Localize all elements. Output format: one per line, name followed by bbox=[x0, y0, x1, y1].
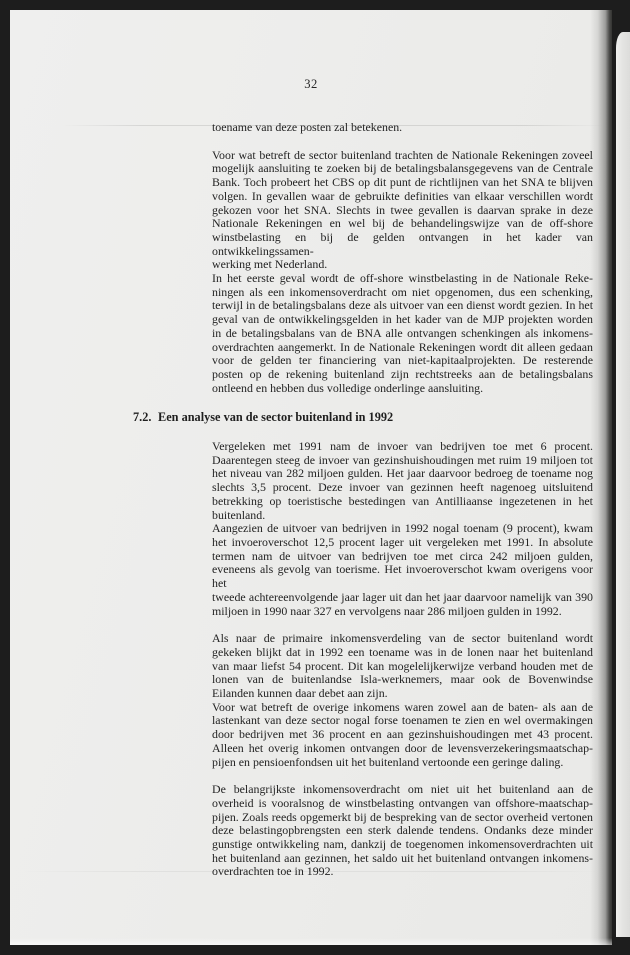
text-line: het niveau van 282 miljoen gulden. Het j… bbox=[212, 467, 593, 481]
text-line: tweede achtereenvolgende jaar lager uit … bbox=[212, 591, 593, 605]
text-line: het buitenland aan gezinnen, het saldo u… bbox=[212, 852, 593, 866]
text-line: overheid is vooralsnog de winstbelasting… bbox=[212, 797, 593, 811]
text-line: ningen als een inkomensoverdracht om nie… bbox=[212, 286, 593, 300]
text-line: van maar liefst 54 procent. Dit kan moge… bbox=[212, 660, 593, 674]
page-number: 32 bbox=[10, 77, 612, 92]
text-line: pijen. Zoals reeds opgemerkt bij de besp… bbox=[212, 811, 593, 825]
text-line: voor de gelden ter financiering van niet… bbox=[212, 354, 593, 368]
text-line: ontleend en hebben dus volledige onderli… bbox=[212, 382, 593, 396]
text-line: Eilanden kunnen daar debet aan zijn. bbox=[212, 687, 593, 701]
scanner-background: 32 toename van deze posten zal betekenen… bbox=[0, 0, 630, 955]
text-line: posten op de rekening buitenland zijn re… bbox=[212, 368, 593, 382]
paragraph: Voor wat betreft de overige inkomens war… bbox=[212, 701, 593, 770]
section-heading: 7.2.Een analyse van de sector buitenland… bbox=[133, 411, 593, 425]
text-line: in de betalingsbalans van de BNA alle on… bbox=[212, 327, 593, 341]
text-line: overdrachten aangemerkt. In de Nationale… bbox=[212, 341, 593, 355]
text-line: Daarentegen steeg de invoer van gezinshu… bbox=[212, 454, 593, 468]
text-line: werking met Nederland. bbox=[212, 258, 593, 272]
text-line: termen nam de uitvoer van bedrijven toe … bbox=[212, 550, 593, 564]
text-line: lonen van de buitenlandse Isla-werknemer… bbox=[212, 673, 593, 687]
text-line: Als naar de primaire inkomensverdeling v… bbox=[212, 632, 593, 646]
text-line: Aangezien de uitvoer van bedrijven in 19… bbox=[212, 522, 593, 536]
paragraph: De belangrijkste inkomensoverdracht om n… bbox=[212, 783, 593, 879]
text-line: terwijl in de betalingsbalans deze als u… bbox=[212, 299, 593, 313]
text-line: buitenland. bbox=[212, 509, 593, 523]
paragraph: Voor wat betreft de sector buitenland tr… bbox=[212, 149, 593, 272]
text-line: eveneens als gevolg van toerisme. Het in… bbox=[212, 563, 593, 590]
section-number: 7.2. bbox=[133, 411, 158, 425]
paragraph: toename van deze posten zal betekenen. bbox=[212, 121, 593, 135]
text-line: Alleen het overig inkomen ontvangen door… bbox=[212, 742, 593, 756]
page-bottom-edge-highlight bbox=[10, 938, 612, 945]
text-line: geval van de ontwikkelingsgelden in het … bbox=[212, 313, 593, 327]
text-line: gunstige ontwikkeling nam, dankzij de to… bbox=[212, 838, 593, 852]
paragraph: Als naar de primaire inkomensverdeling v… bbox=[212, 632, 593, 701]
text-line: toename van deze posten zal betekenen. bbox=[212, 121, 593, 135]
scanned-document-screenshot: { "colors": { "paper": "#ececea", "ink":… bbox=[0, 0, 630, 955]
text-line: Vergeleken met 1991 nam de invoer van be… bbox=[212, 440, 593, 454]
text-line: Bank. Toch probeert het CBS op dit punt … bbox=[212, 176, 593, 190]
text-line: betrekking op toeristische bestedingen v… bbox=[212, 495, 593, 509]
text-line: mogelijk aansluiting te zoeken bij de be… bbox=[212, 162, 593, 176]
book-spine-shadow bbox=[590, 10, 612, 945]
text-line: In het eerste geval wordt de off-shore w… bbox=[212, 272, 593, 286]
text-line: Voor wat betreft de sector buitenland tr… bbox=[212, 149, 593, 163]
text-line: deze belastingopbrengsten een sterk dale… bbox=[212, 824, 593, 838]
text-line: het invoeroverschot 12,5 procent lager u… bbox=[212, 536, 593, 550]
text-line: pijen en pensioenfondsen uit het buitenl… bbox=[212, 756, 593, 770]
text-line: Voor wat betreft de overige inkomens war… bbox=[212, 701, 593, 715]
paragraph: In het eerste geval wordt de off-shore w… bbox=[212, 272, 593, 395]
text-line: lastenkant van deze sector nogal forse t… bbox=[212, 714, 593, 728]
text-line: De belangrijkste inkomensoverdracht om n… bbox=[212, 783, 593, 797]
text-line: slechts 3,5 procent. Deze invoer van gez… bbox=[212, 481, 593, 495]
text-line: winstbelasting en bij de gelden ontvange… bbox=[212, 231, 593, 258]
adjacent-page-edge bbox=[616, 32, 630, 937]
paragraph: Vergeleken met 1991 nam de invoer van be… bbox=[212, 440, 593, 522]
text-line: Nationale Rekeningen en wel bij de behan… bbox=[212, 217, 593, 231]
section-title: Een analyse van de sector buitenland in … bbox=[158, 411, 593, 425]
text-line: volgen. In gevallen waar de gebruikte de… bbox=[212, 190, 593, 204]
text-line: overdrachten toe in 1992. bbox=[212, 865, 593, 879]
text-line: miljoen in 1990 naar 327 en vervolgens n… bbox=[212, 605, 593, 619]
text-line: gekozen voor het SNA. Slechts in twee ge… bbox=[212, 204, 593, 218]
text-line: door bedrijven met 36 procent en aan gez… bbox=[212, 728, 593, 742]
paragraph: Aangezien de uitvoer van bedrijven in 19… bbox=[212, 522, 593, 618]
text-flow: toename van deze posten zal betekenen.Vo… bbox=[212, 121, 593, 879]
text-line: gekeken blijkt dat in 1992 een toename w… bbox=[212, 646, 593, 660]
